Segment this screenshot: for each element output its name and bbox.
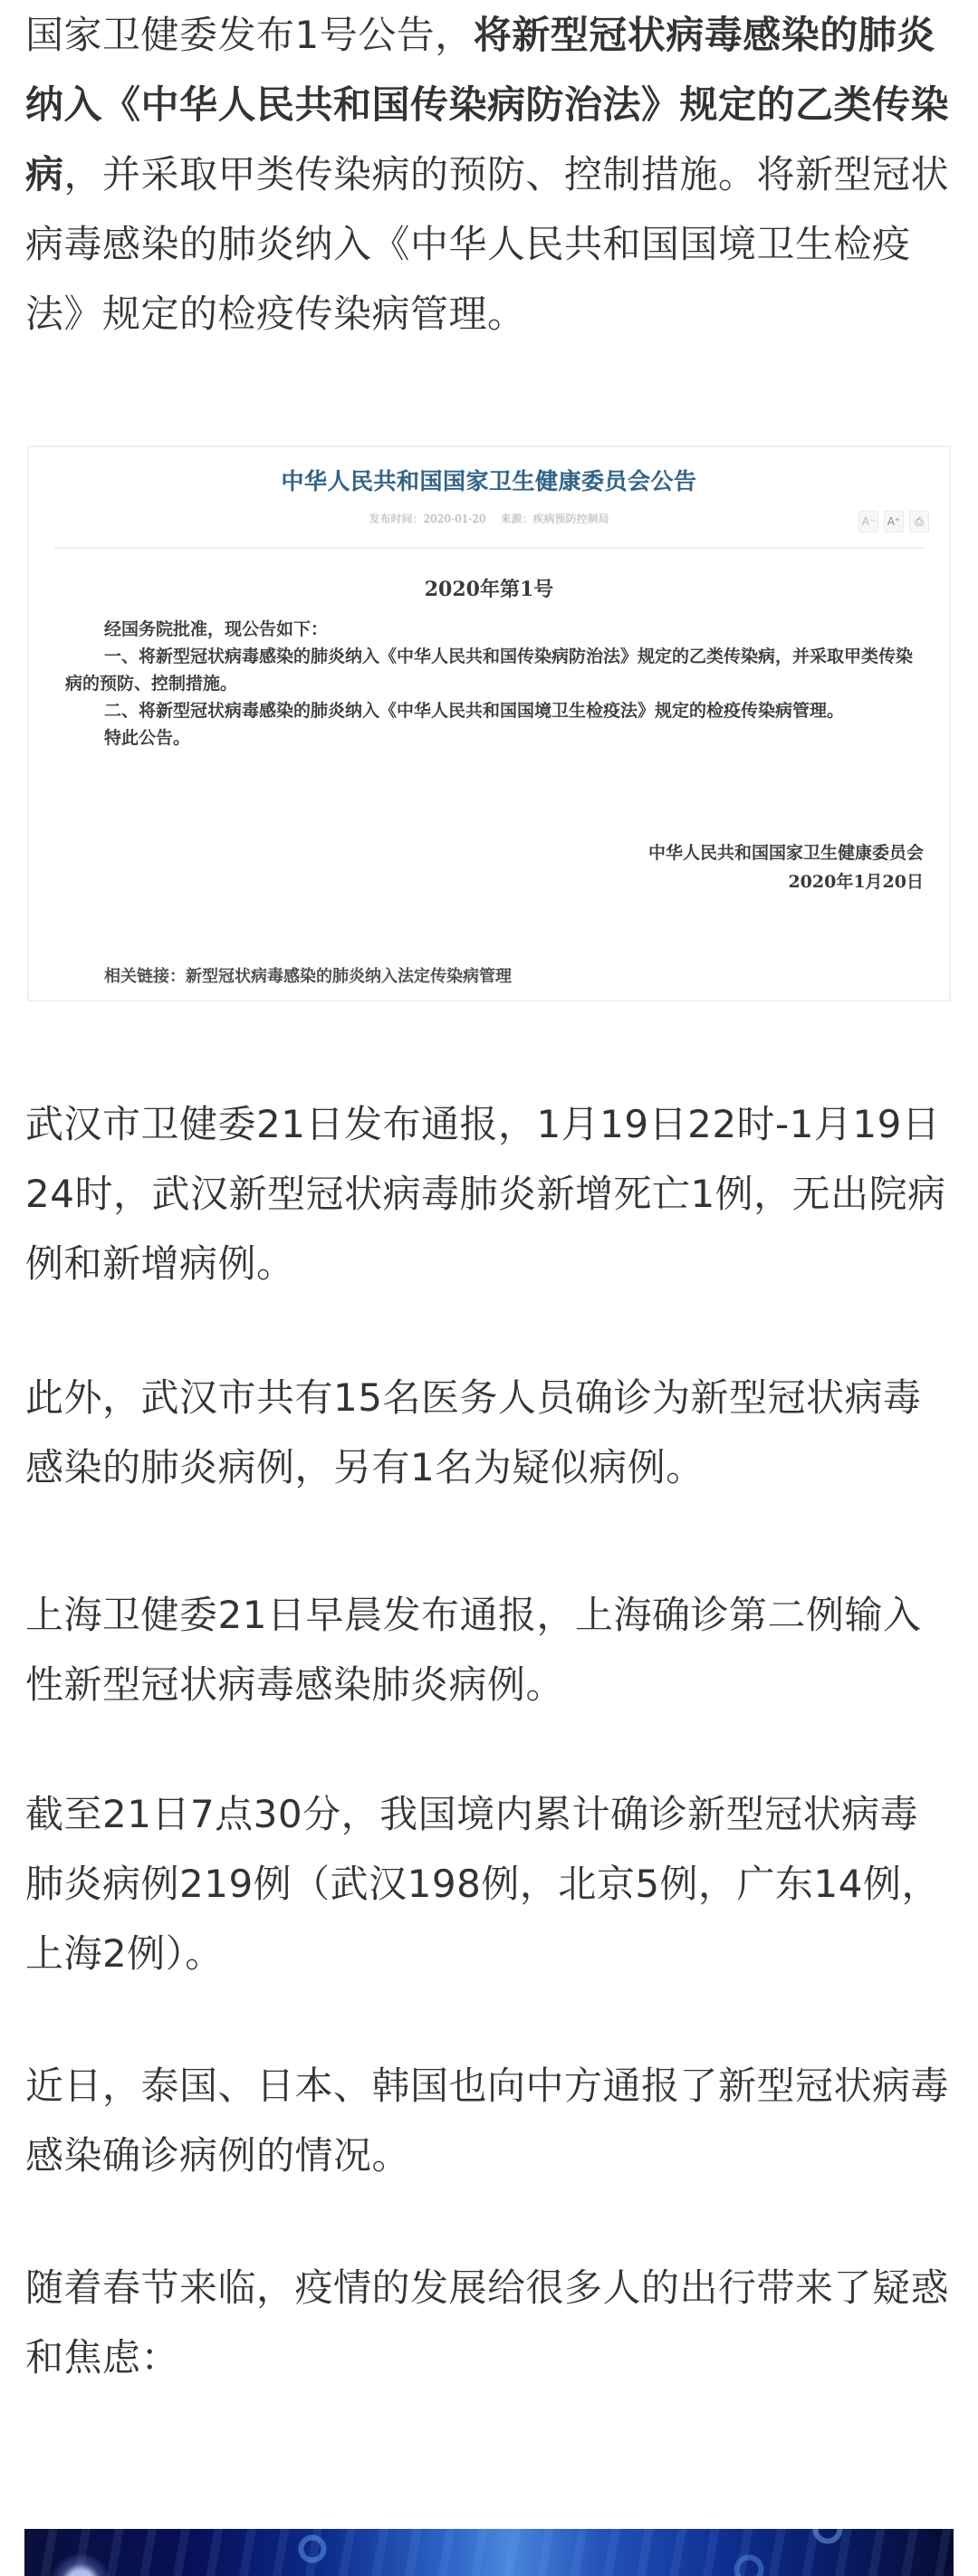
paragraph-spring-festival: 随着春节来临，疫情的发展给很多人的出行带来了疑惑和焦虑： [25,2253,954,2392]
paragraph-shanghai-case: 上海卫健委21日早晨发布通报，上海确诊第二例输入性新型冠状病毒感染肺炎病例。 [25,1580,954,1719]
paragraph-international: 近日，泰国、日本、韩国也向中方通报了新型冠状病毒感染确诊病例的情况。 [25,2051,954,2190]
paragraph-announcement-summary: 国家卫健委发布1号公告，将新型冠状病毒感染的肺炎纳入《中华人民共和国传染病防治法… [25,0,954,349]
paragraph-wuhan-report: 武汉市卫健委21日发布通报，1月19日22时-1月19日24时，武汉新型冠状病毒… [25,1089,954,1298]
announcement-closing: 特此公告。 [65,724,924,752]
publish-label: 发布时间： [369,512,423,525]
publish-info: 发布时间：2020-01-20 [369,512,485,525]
announcement-divider [54,547,924,549]
print-icon: ⎙ [909,511,929,532]
paragraph-medical-staff: 此外，武汉市共有15名医务人员确诊为新型冠状病毒感染的肺炎病例，另有1名为疑似病… [25,1363,954,1502]
announcement-number: 2020年第1号 [29,574,949,602]
source-label: 来源： [501,512,533,525]
source-value: 疾病预防控制局 [533,512,609,525]
virus-illustration-image [24,2529,954,2576]
announcement-item-2: 二、将新型冠状病毒感染的肺炎纳入《中华人民共和国国境卫生检疫法》规定的检疫传染病… [65,697,924,724]
light-rays-decoration [24,2529,954,2576]
paragraph-national-total: 截至21日7点30分，我国境内累计确诊新型冠状病毒肺炎病例219例（武汉198例… [25,1779,954,1988]
announcement-related-link: 相关链接：新型冠状病毒感染的肺炎纳入法定传染病管理 [104,963,512,987]
announcement-signature: 中华人民共和国国家卫生健康委员会 2020年1月20日 [648,838,924,896]
announcement-body: 经国务院批准，现公告如下： 一、将新型冠状病毒感染的肺炎纳入《中华人民共和国传染… [65,616,924,752]
announcement-item-1: 一、将新型冠状病毒感染的肺炎纳入《中华人民共和国传染病防治法》规定的乙类传染病，… [65,643,924,697]
announcement-meta: 发布时间：2020-01-20 来源：疾病预防控制局 [29,511,949,526]
announcement-intro: 经国务院批准，现公告如下： [65,616,924,643]
paragraph-text: 国家卫健委发布1号公告， [25,13,474,57]
source-info: 来源：疾病预防控制局 [501,512,609,525]
publish-date: 2020-01-20 [423,512,485,525]
signature-org: 中华人民共和国国家卫生健康委员会 [648,838,924,867]
paragraph-text: ，并采取甲类传染病的预防、控制措施。将新型冠状病毒感染的肺炎纳入《中华人民共和国… [25,152,949,336]
signature-date: 2020年1月20日 [648,867,924,896]
font-decrease-icon: A⁻ [858,511,878,532]
font-increase-icon: A⁺ [884,511,904,532]
announcement-toolbar: A⁻ A⁺ ⎙ [858,511,929,532]
announcement-screenshot: 中华人民共和国国家卫生健康委员会公告 发布时间：2020-01-20 来源：疾病… [27,445,951,1001]
announcement-title: 中华人民共和国国家卫生健康委员会公告 [29,464,949,496]
